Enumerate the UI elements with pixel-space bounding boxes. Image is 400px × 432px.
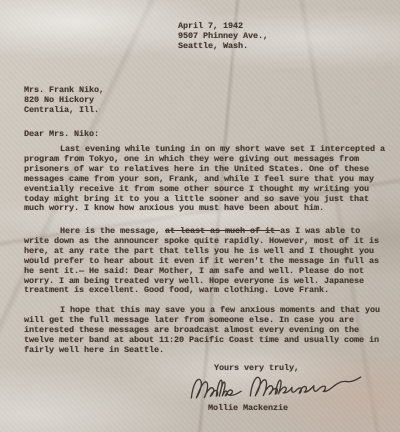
recipient-address-block: Mrs. Frank Niko, 820 No Hickory Centrali… xyxy=(24,86,104,116)
paragraph-2-prefix: Here is the message, xyxy=(60,226,165,236)
paragraph-2: Here is the message, at least as much of… xyxy=(24,227,390,296)
paragraph-2-rest: as I was able to write down as the annou… xyxy=(24,226,379,295)
sender-city-line: Seattle, Wash. xyxy=(178,42,268,52)
salutation: Dear Mrs. Niko: xyxy=(24,130,99,140)
typed-signature-name: Mollie Mackenzie xyxy=(208,404,288,414)
date-address-block: April 7, 1942 9507 Phinney Ave., Seattle… xyxy=(178,22,268,52)
scanned-letter-photo: April 7, 1942 9507 Phinney Ave., Seattle… xyxy=(0,0,400,432)
struck-through-text: at least as much of it xyxy=(165,226,280,236)
signature-last-name-stroke xyxy=(250,374,362,396)
paragraph-3: I hope that this may save you a few anxi… xyxy=(24,306,390,356)
handwritten-signature xyxy=(187,366,366,408)
signature-first-name-stroke xyxy=(191,378,242,398)
recipient-city-line: Centralia, Ill. xyxy=(24,106,104,116)
paragraph-1: Last evening while tuning in on my short… xyxy=(24,145,390,214)
